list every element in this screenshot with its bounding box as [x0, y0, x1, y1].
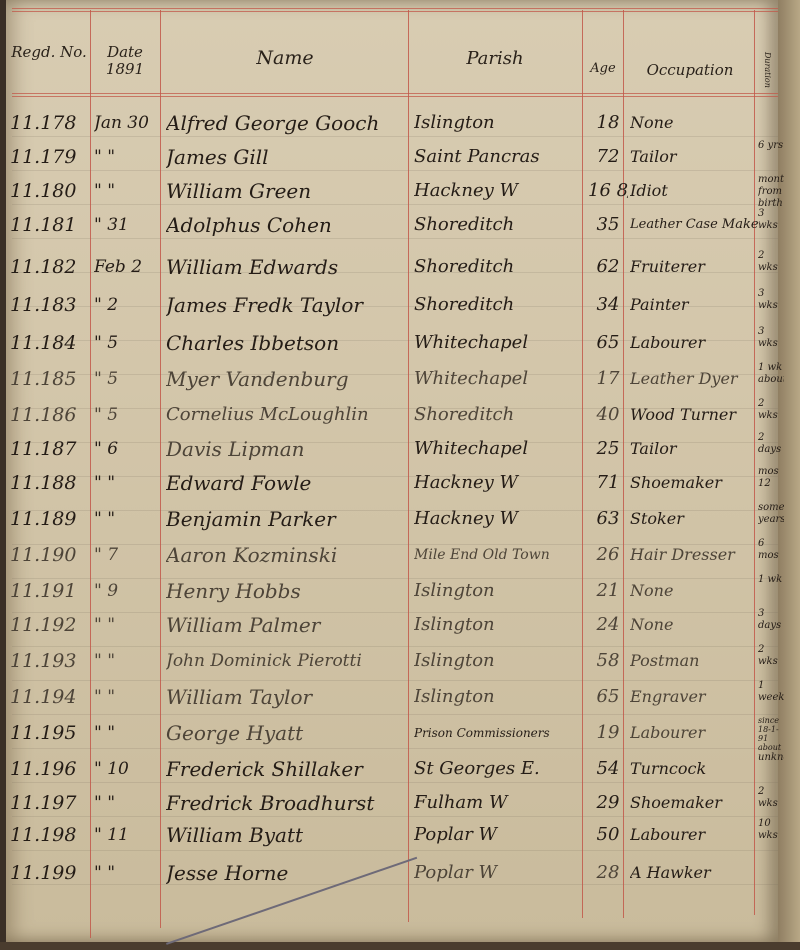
name: Frederick Shillaker — [166, 752, 416, 786]
occupation: Wood Turner — [630, 398, 760, 432]
duration: 2 wks — [758, 786, 784, 820]
date: " " — [94, 786, 160, 820]
regd-no: 11.179 — [10, 140, 90, 174]
occupation: Turncock — [630, 752, 760, 786]
regd-no: 11.187 — [10, 432, 90, 466]
regd-no: 11.189 — [10, 502, 90, 536]
parish: Islington — [414, 644, 586, 678]
regd-no: 11.191 — [10, 574, 90, 608]
occupation: Stoker — [630, 502, 760, 536]
name: William Taylor — [166, 680, 416, 714]
occupation: Fruiterer — [630, 250, 760, 284]
date: " " — [94, 174, 160, 208]
date: " 10 — [94, 752, 160, 786]
name: George Hyatt — [166, 716, 416, 750]
date: " " — [94, 502, 160, 536]
register-row: 11.188 " " Edward Fowle Hackney W 71 Sho… — [6, 466, 778, 500]
duration: 1 wk about — [758, 362, 784, 396]
parish: Islington — [414, 574, 586, 608]
occupation: Postman — [630, 644, 760, 678]
regd-no: 11.192 — [10, 608, 90, 642]
name: James Gill — [166, 140, 416, 174]
register-row: 11.190 " 7 Aaron Kozminski Mile End Old … — [6, 538, 778, 572]
parish: Poplar W — [414, 856, 586, 890]
date: " 2 — [94, 288, 160, 322]
duration: some years — [758, 502, 784, 536]
regd-no: 11.185 — [10, 362, 90, 396]
regd-no: 11.186 — [10, 398, 90, 432]
name: William Green — [166, 174, 416, 208]
register-row: 11.199 " " Jesse Horne Poplar W 28 A Haw… — [6, 856, 778, 890]
parish: Prison Commissioners — [414, 716, 586, 750]
parish: St Georges E. — [414, 752, 586, 786]
date: " 5 — [94, 362, 160, 396]
regd-no: 11.182 — [10, 250, 90, 284]
age: 54 — [588, 752, 628, 786]
age: 65 — [588, 326, 628, 360]
date: " " — [94, 608, 160, 642]
date: Jan 30 — [94, 106, 160, 140]
name: Davis Lipman — [166, 432, 416, 466]
duration: 6 yrs — [758, 140, 784, 174]
occupation: None — [630, 106, 760, 140]
register-row: 11.185 " 5 Myer Vandenburg Whitechapel 1… — [6, 362, 778, 396]
regd-no: 11.195 — [10, 716, 90, 750]
date: " " — [94, 466, 160, 500]
date: " 31 — [94, 208, 160, 242]
name: Alfred George Gooch — [166, 106, 416, 140]
duration: 3 wks — [758, 326, 784, 360]
duration: 3 wks — [758, 288, 784, 322]
parish: Hackney W — [414, 466, 586, 500]
parish: Hackney W — [414, 502, 586, 536]
register-row: 11.193 " " John Dominick Pierotti Isling… — [6, 644, 778, 678]
parish: Hackney W — [414, 174, 586, 208]
regd-no: 11.194 — [10, 680, 90, 714]
occupation: Hair Dresser — [630, 538, 760, 572]
regd-no: 11.184 — [10, 326, 90, 360]
register-row: 11.195 " " George Hyatt Prison Commissio… — [6, 716, 778, 750]
age: 65 — [588, 680, 628, 714]
register-row: 11.187 " 6 Davis Lipman Whitechapel 25 T… — [6, 432, 778, 466]
occupation: None — [630, 608, 760, 642]
occupation: Labourer — [630, 818, 760, 852]
age: 28 — [588, 856, 628, 890]
age: 18 — [588, 106, 628, 140]
parish: Poplar W — [414, 818, 586, 852]
duration: 2 wks — [758, 250, 784, 284]
register-row: 11.192 " " William Palmer Islington 24 N… — [6, 608, 778, 642]
age: 29 — [588, 786, 628, 820]
parish: Islington — [414, 608, 586, 642]
age: 16 8/12 — [588, 174, 628, 208]
duration: mos 12 — [758, 466, 784, 500]
header-name: Name — [170, 50, 400, 67]
duration — [758, 856, 784, 890]
register-row: 11.179 " " James Gill Saint Pancras 72 T… — [6, 140, 778, 174]
parish: Shoreditch — [414, 288, 586, 322]
regd-no: 11.199 — [10, 856, 90, 890]
register-row: 11.194 " " William Taylor Islington 65 E… — [6, 680, 778, 714]
regd-no: 11.181 — [10, 208, 90, 242]
name: William Edwards — [166, 250, 416, 284]
name: Jesse Horne — [166, 856, 416, 890]
age: 40 — [588, 398, 628, 432]
age: 71 — [588, 466, 628, 500]
parish: Shoreditch — [414, 208, 586, 242]
header-regd-no: Regd. No. — [10, 44, 88, 61]
age: 17 — [588, 362, 628, 396]
parish: Saint Pancras — [414, 140, 586, 174]
regd-no: 11.188 — [10, 466, 90, 500]
header-age: Age — [584, 60, 622, 77]
occupation: Tailor — [630, 432, 760, 466]
duration: 3 wks — [758, 208, 784, 242]
age: 72 — [588, 140, 628, 174]
parish: Islington — [414, 106, 586, 140]
duration: months from birth — [758, 174, 784, 208]
age: 24 — [588, 608, 628, 642]
date: " 9 — [94, 574, 160, 608]
register-row: 11.178 Jan 30 Alfred George Gooch Isling… — [6, 106, 778, 140]
parish: Fulham W — [414, 786, 586, 820]
occupation: A Hawker — [630, 856, 760, 890]
header-date: Date 1891 — [92, 44, 158, 78]
duration: 10 wks — [758, 818, 784, 852]
regd-no: 11.196 — [10, 752, 90, 786]
age: 25 — [588, 432, 628, 466]
name: Aaron Kozminski — [166, 538, 416, 572]
register-row: 11.184 " 5 Charles Ibbetson Whitechapel … — [6, 326, 778, 360]
header-occupation: Occupation — [628, 62, 752, 79]
register-row: 11.196 " 10 Frederick Shillaker St Georg… — [6, 752, 778, 786]
occupation: Labourer — [630, 326, 760, 360]
register-row: 11.189 " " Benjamin Parker Hackney W 63 … — [6, 502, 778, 536]
parish: Whitechapel — [414, 432, 586, 466]
top-rule-double — [12, 11, 784, 12]
name: Myer Vandenburg — [166, 362, 416, 396]
header-duration: Duration — [756, 50, 776, 90]
regd-no: 11.183 — [10, 288, 90, 322]
register-row: 11.191 " 9 Henry Hobbs Islington 21 None… — [6, 574, 778, 608]
date: " 11 — [94, 818, 160, 852]
parish: Mile End Old Town — [414, 538, 586, 572]
duration: 3 days — [758, 608, 784, 642]
occupation: None — [630, 574, 760, 608]
duration: 2 days — [758, 432, 784, 466]
occupation: Labourer — [630, 716, 760, 750]
occupation: Leather Case Maker — [630, 208, 760, 242]
name: Fredrick Broadhurst — [166, 786, 416, 820]
parish: Whitechapel — [414, 326, 586, 360]
age: 26 — [588, 538, 628, 572]
duration: 1 wk — [758, 574, 784, 608]
name: William Byatt — [166, 818, 416, 852]
occupation: Leather Dyer — [630, 362, 760, 396]
header-parish: Parish — [412, 50, 578, 67]
age: 35 — [588, 208, 628, 242]
date: " 5 — [94, 326, 160, 360]
occupation: Idiot — [630, 174, 760, 208]
age: 63 — [588, 502, 628, 536]
date: " 6 — [94, 432, 160, 466]
parish: Shoreditch — [414, 250, 586, 284]
name: William Palmer — [166, 608, 416, 642]
date: " " — [94, 716, 160, 750]
date: " " — [94, 644, 160, 678]
name: John Dominick Pierotti — [166, 644, 416, 678]
regd-no: 11.190 — [10, 538, 90, 572]
register-row: 11.183 " 2 James Fredk Taylor Shoreditch… — [6, 288, 778, 322]
date: " " — [94, 140, 160, 174]
date: " " — [94, 856, 160, 890]
register-row: 11.182 Feb 2 William Edwards Shoreditch … — [6, 250, 778, 284]
regd-no: 11.197 — [10, 786, 90, 820]
header-bottom-rule — [12, 93, 784, 94]
occupation: Shoemaker — [630, 786, 760, 820]
name: Benjamin Parker — [166, 502, 416, 536]
regd-no: 11.178 — [10, 106, 90, 140]
register-row: 11.181 " 31 Adolphus Cohen Shoreditch 35… — [6, 208, 778, 242]
duration — [758, 106, 784, 140]
page-bottom-edge — [0, 942, 800, 950]
register-row: 11.186 " 5 Cornelius McLoughlin Shoredit… — [6, 398, 778, 432]
header-bottom-rule-double — [12, 96, 784, 97]
register-row: 11.197 " " Fredrick Broadhurst Fulham W … — [6, 786, 778, 820]
age: 62 — [588, 250, 628, 284]
name: Adolphus Cohen — [166, 208, 416, 242]
occupation: Painter — [630, 288, 760, 322]
regd-no: 11.180 — [10, 174, 90, 208]
regd-no: 11.193 — [10, 644, 90, 678]
occupation: Shoemaker — [630, 466, 760, 500]
occupation: Engraver — [630, 680, 760, 714]
register-row: 11.198 " 11 William Byatt Poplar W 50 La… — [6, 818, 778, 852]
name: James Fredk Taylor — [166, 288, 416, 322]
name: Charles Ibbetson — [166, 326, 416, 360]
date: " 7 — [94, 538, 160, 572]
name: Henry Hobbs — [166, 574, 416, 608]
parish: Shoreditch — [414, 398, 586, 432]
register-row: 11.180 " " William Green Hackney W 16 8/… — [6, 174, 778, 208]
duration: 2 wks — [758, 644, 784, 678]
duration: 1 week — [758, 680, 784, 714]
age: 19 — [588, 716, 628, 750]
parish: Whitechapel — [414, 362, 586, 396]
duration: unknown — [758, 752, 784, 786]
name: Edward Fowle — [166, 466, 416, 500]
duration: since 18-1-91 about a fortnight — [758, 716, 784, 750]
regd-no: 11.198 — [10, 818, 90, 852]
age: 21 — [588, 574, 628, 608]
parish: Islington — [414, 680, 586, 714]
date: " " — [94, 680, 160, 714]
occupation: Tailor — [630, 140, 760, 174]
date: " 5 — [94, 398, 160, 432]
duration: 6 mos — [758, 538, 784, 572]
age: 58 — [588, 644, 628, 678]
age: 50 — [588, 818, 628, 852]
duration: 2 wks — [758, 398, 784, 432]
top-rule — [12, 8, 784, 9]
date: Feb 2 — [94, 250, 160, 284]
name: Cornelius McLoughlin — [166, 398, 416, 432]
age: 34 — [588, 288, 628, 322]
